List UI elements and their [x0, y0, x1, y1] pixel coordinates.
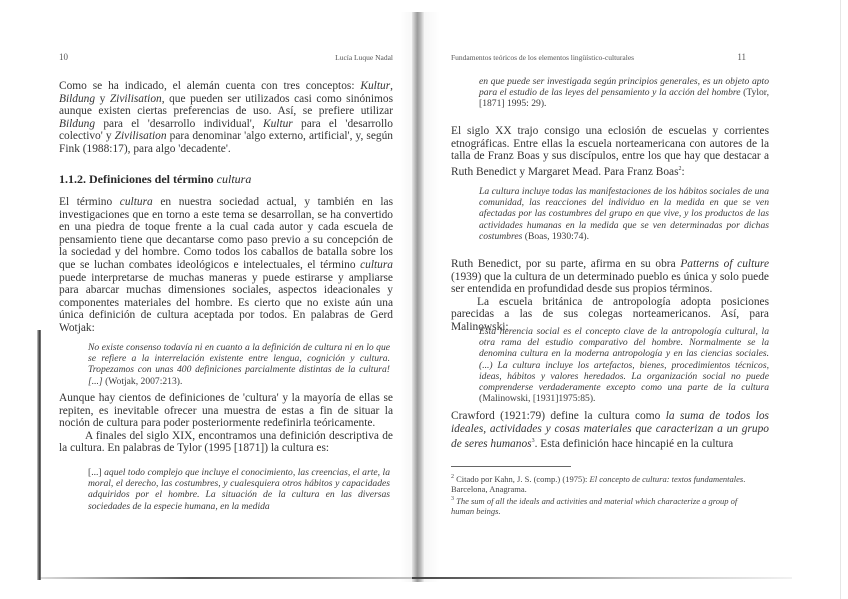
paragraph-benedict: Ruth Benedict, por su parte, afirma en s… — [451, 258, 769, 334]
paragraph-definitions: El término cultura en nuestra sociedad a… — [59, 196, 393, 335]
section-heading: 1.1.2. Definiciones del término cultura — [59, 173, 393, 186]
footnote-3: 3 The sum of all the ideals and activiti… — [451, 494, 751, 516]
book-spread: 10 Lucía Luque Nadal Como se ha indicado… — [0, 0, 848, 599]
paragraph-twentieth-century: El siglo XX trajo consigo una eclosión d… — [451, 125, 769, 178]
right-page-edge — [840, 0, 841, 599]
block-quote-tylor-continued: en que puede ser investigada según princ… — [479, 76, 769, 110]
left-page-edge-shadow — [37, 330, 41, 580]
block-quote-wotjak: No existe consenso todavía ni en cuanto … — [88, 342, 390, 387]
footnote-2: 2 Citado por Kahn, J. S. (comp.) (1975):… — [451, 472, 751, 494]
footnotes: 2 Citado por Kahn, J. S. (comp.) (1975):… — [451, 472, 751, 516]
footnote-separator — [451, 466, 571, 467]
block-quote-malinowski: Esta herencia social es el concepto clav… — [479, 326, 769, 404]
page-number: 10 — [59, 52, 68, 62]
book-spine — [412, 12, 424, 582]
right-page-bottom-edge — [412, 577, 792, 579]
paragraph-samples: Aunque hay cientos de definiciones de 'c… — [59, 392, 393, 455]
running-head-author: Lucía Luque Nadal — [335, 53, 393, 62]
left-page-bottom-edge — [40, 577, 420, 579]
block-quote-boas: La cultura incluye todas las manifestaci… — [479, 186, 769, 242]
running-head-title: Fundamentos teóricos de los elementos li… — [451, 53, 634, 62]
paragraph-crawford: Crawford (1921:79) define la cultura com… — [451, 410, 769, 451]
page-number: 11 — [737, 52, 746, 62]
paragraph-intro: Como se ha indicado, el alemán cuenta co… — [59, 80, 393, 156]
block-quote-tylor: [...] aquel todo complejo que incluye el… — [88, 467, 390, 512]
